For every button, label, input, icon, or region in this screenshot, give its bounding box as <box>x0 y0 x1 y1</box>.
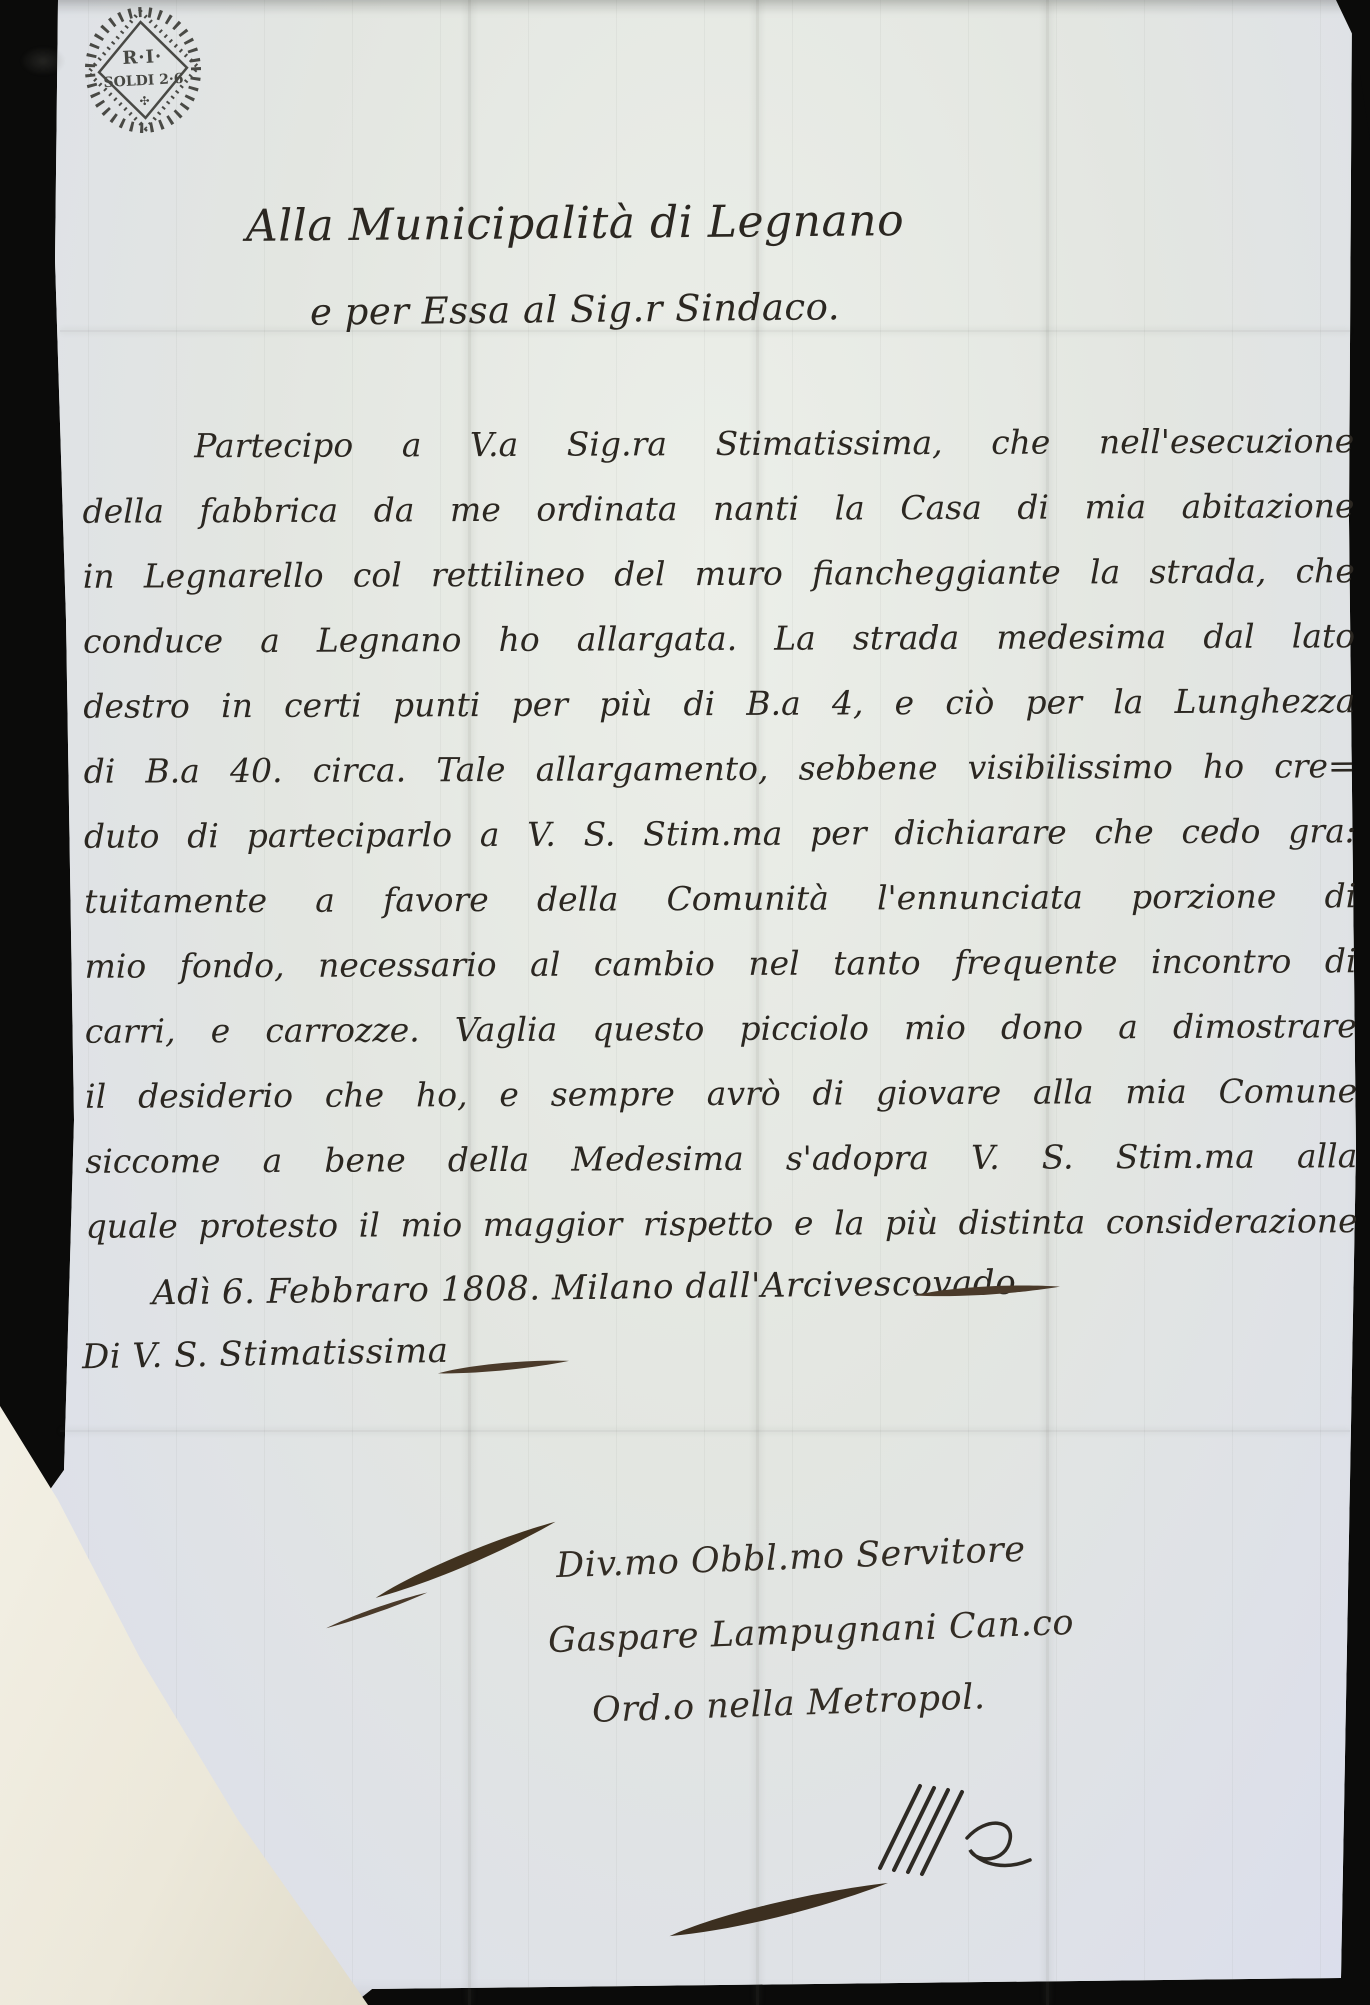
body-line: di B.a 40. circa. Tale allargamento, seb… <box>84 746 1356 817</box>
body-line: mio fondo, necessario al cambio nel tant… <box>84 941 1356 1012</box>
ink-smudge <box>20 46 66 76</box>
revenue-stamp-icon: R·I· SOLDI 2·6 ✣ <box>79 3 208 137</box>
body-line: siccome a bene della Medesima s'adopra V… <box>85 1136 1357 1207</box>
stamp-ornament: ✣ <box>139 94 150 109</box>
body-line: in Legnarello col rettilineo del muro fi… <box>83 551 1355 622</box>
body-line: carri, e carrozze. Vaglia questo picciol… <box>85 1006 1357 1077</box>
body-line: tuitamente a favore della Comunità l'enn… <box>84 876 1356 947</box>
letter-body: Partecipo a V.a Sig.ra Stimatissima, che… <box>82 421 1358 1272</box>
body-line: della fabbrica da me ordinata nanti la C… <box>82 486 1354 557</box>
stamp-text-soldi: SOLDI 2·6 <box>103 71 184 91</box>
body-line: il desiderio che ho, e sempre avrò di gi… <box>85 1071 1357 1142</box>
letter-addressee-line: Alla Municipalità di Legnano <box>150 194 1000 252</box>
stamp-text-ri: R·I· <box>122 46 163 69</box>
horizontal-crease <box>60 1430 1350 1432</box>
signature-paraph-icon <box>862 1778 1047 1883</box>
body-line: destro in certi punti per più di B.a 4, … <box>83 681 1355 752</box>
closing-salutation-line: Di V. S. Stimatissima <box>82 1331 449 1377</box>
body-line: conduce a Legnano ho allargata. La strad… <box>83 616 1355 687</box>
document-photo: R·I· SOLDI 2·6 ✣ Alla Municipalità di Le… <box>0 0 1370 2005</box>
body-line: quale protesto il mio maggior rispetto e… <box>86 1201 1358 1272</box>
letter-addressee-subline: e per Essa al Sig.r Sindaco. <box>150 284 1000 336</box>
body-line: duto di parteciparlo a V. S. Stim.ma per… <box>84 811 1356 882</box>
body-line: Partecipo a V.a Sig.ra Stimatissima, che… <box>82 421 1354 492</box>
